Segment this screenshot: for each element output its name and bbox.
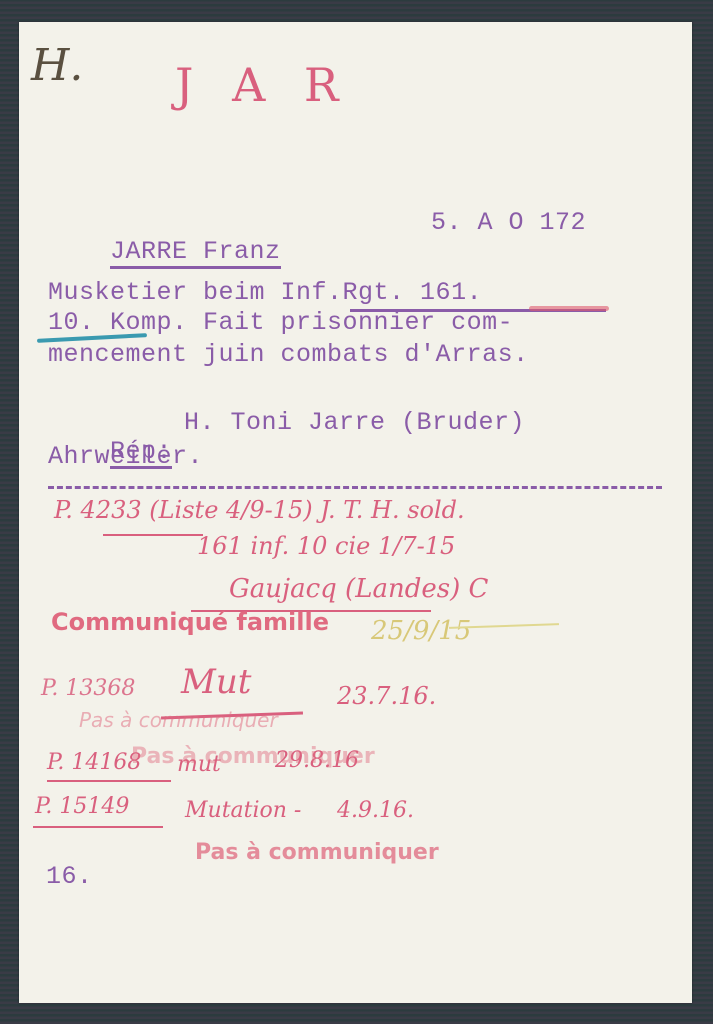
header-letters: J A R bbox=[175, 58, 351, 112]
stamp-pas-communiquer-3: Pas à communiquer bbox=[195, 840, 439, 865]
annotation-line-1: P. 4233 (Liste 4/9-15) J. T. H. sold. bbox=[54, 496, 465, 524]
entry-1-ref: P. 13368 bbox=[41, 676, 135, 701]
entry-1-date: 23.7.16. bbox=[337, 682, 436, 710]
person-name-text: JARRE Franz bbox=[110, 237, 281, 269]
entry-2-underline bbox=[47, 780, 171, 782]
entry-1-text: Mut bbox=[181, 662, 251, 702]
dashed-separator bbox=[48, 486, 662, 489]
body-line-1: Musketier beim Inf.Rgt. 161. bbox=[48, 278, 482, 307]
annotation-line-3: Gaujacq (Landes) C bbox=[229, 574, 488, 604]
entry-3-ref: P. 15149 bbox=[35, 794, 129, 819]
index-card: H. J A R JARRE Franz 5. A O 172 Musketie… bbox=[19, 22, 692, 1003]
entry-3-date: 4.9.16. bbox=[337, 798, 414, 823]
annotation-line-2: 161 inf. 10 cie 1/7-15 bbox=[197, 532, 455, 560]
body-line-3: mencement juin combats d'Arras. bbox=[48, 340, 529, 369]
stamp-pas-communiquer-2: Pas à communiquer bbox=[131, 744, 375, 769]
annotation-ref-underline bbox=[103, 534, 203, 536]
stamp-pas-communiquer-1: Pas à communiquer bbox=[79, 708, 278, 732]
stamp-communique-famille: Communiqué famille bbox=[51, 608, 329, 636]
entry-3-underline bbox=[33, 826, 163, 828]
stamp-communique-date: 25/9/15 bbox=[371, 616, 471, 646]
footer-number: 16. bbox=[46, 862, 93, 891]
rep-value: H. Toni Jarre (Bruder) bbox=[184, 408, 525, 437]
corner-pencil-mark: H. bbox=[31, 40, 83, 91]
entry-3-text: Mutation - bbox=[185, 798, 301, 823]
reference-number: 5. A O 172 bbox=[431, 208, 586, 237]
rep-city: Ahrweiler. bbox=[48, 442, 203, 471]
body-line-2: 10. Komp. Fait prisonnier com- bbox=[48, 310, 513, 336]
regiment-red-underline bbox=[529, 306, 609, 311]
entry-2-ref: P. 14168 bbox=[47, 750, 141, 775]
